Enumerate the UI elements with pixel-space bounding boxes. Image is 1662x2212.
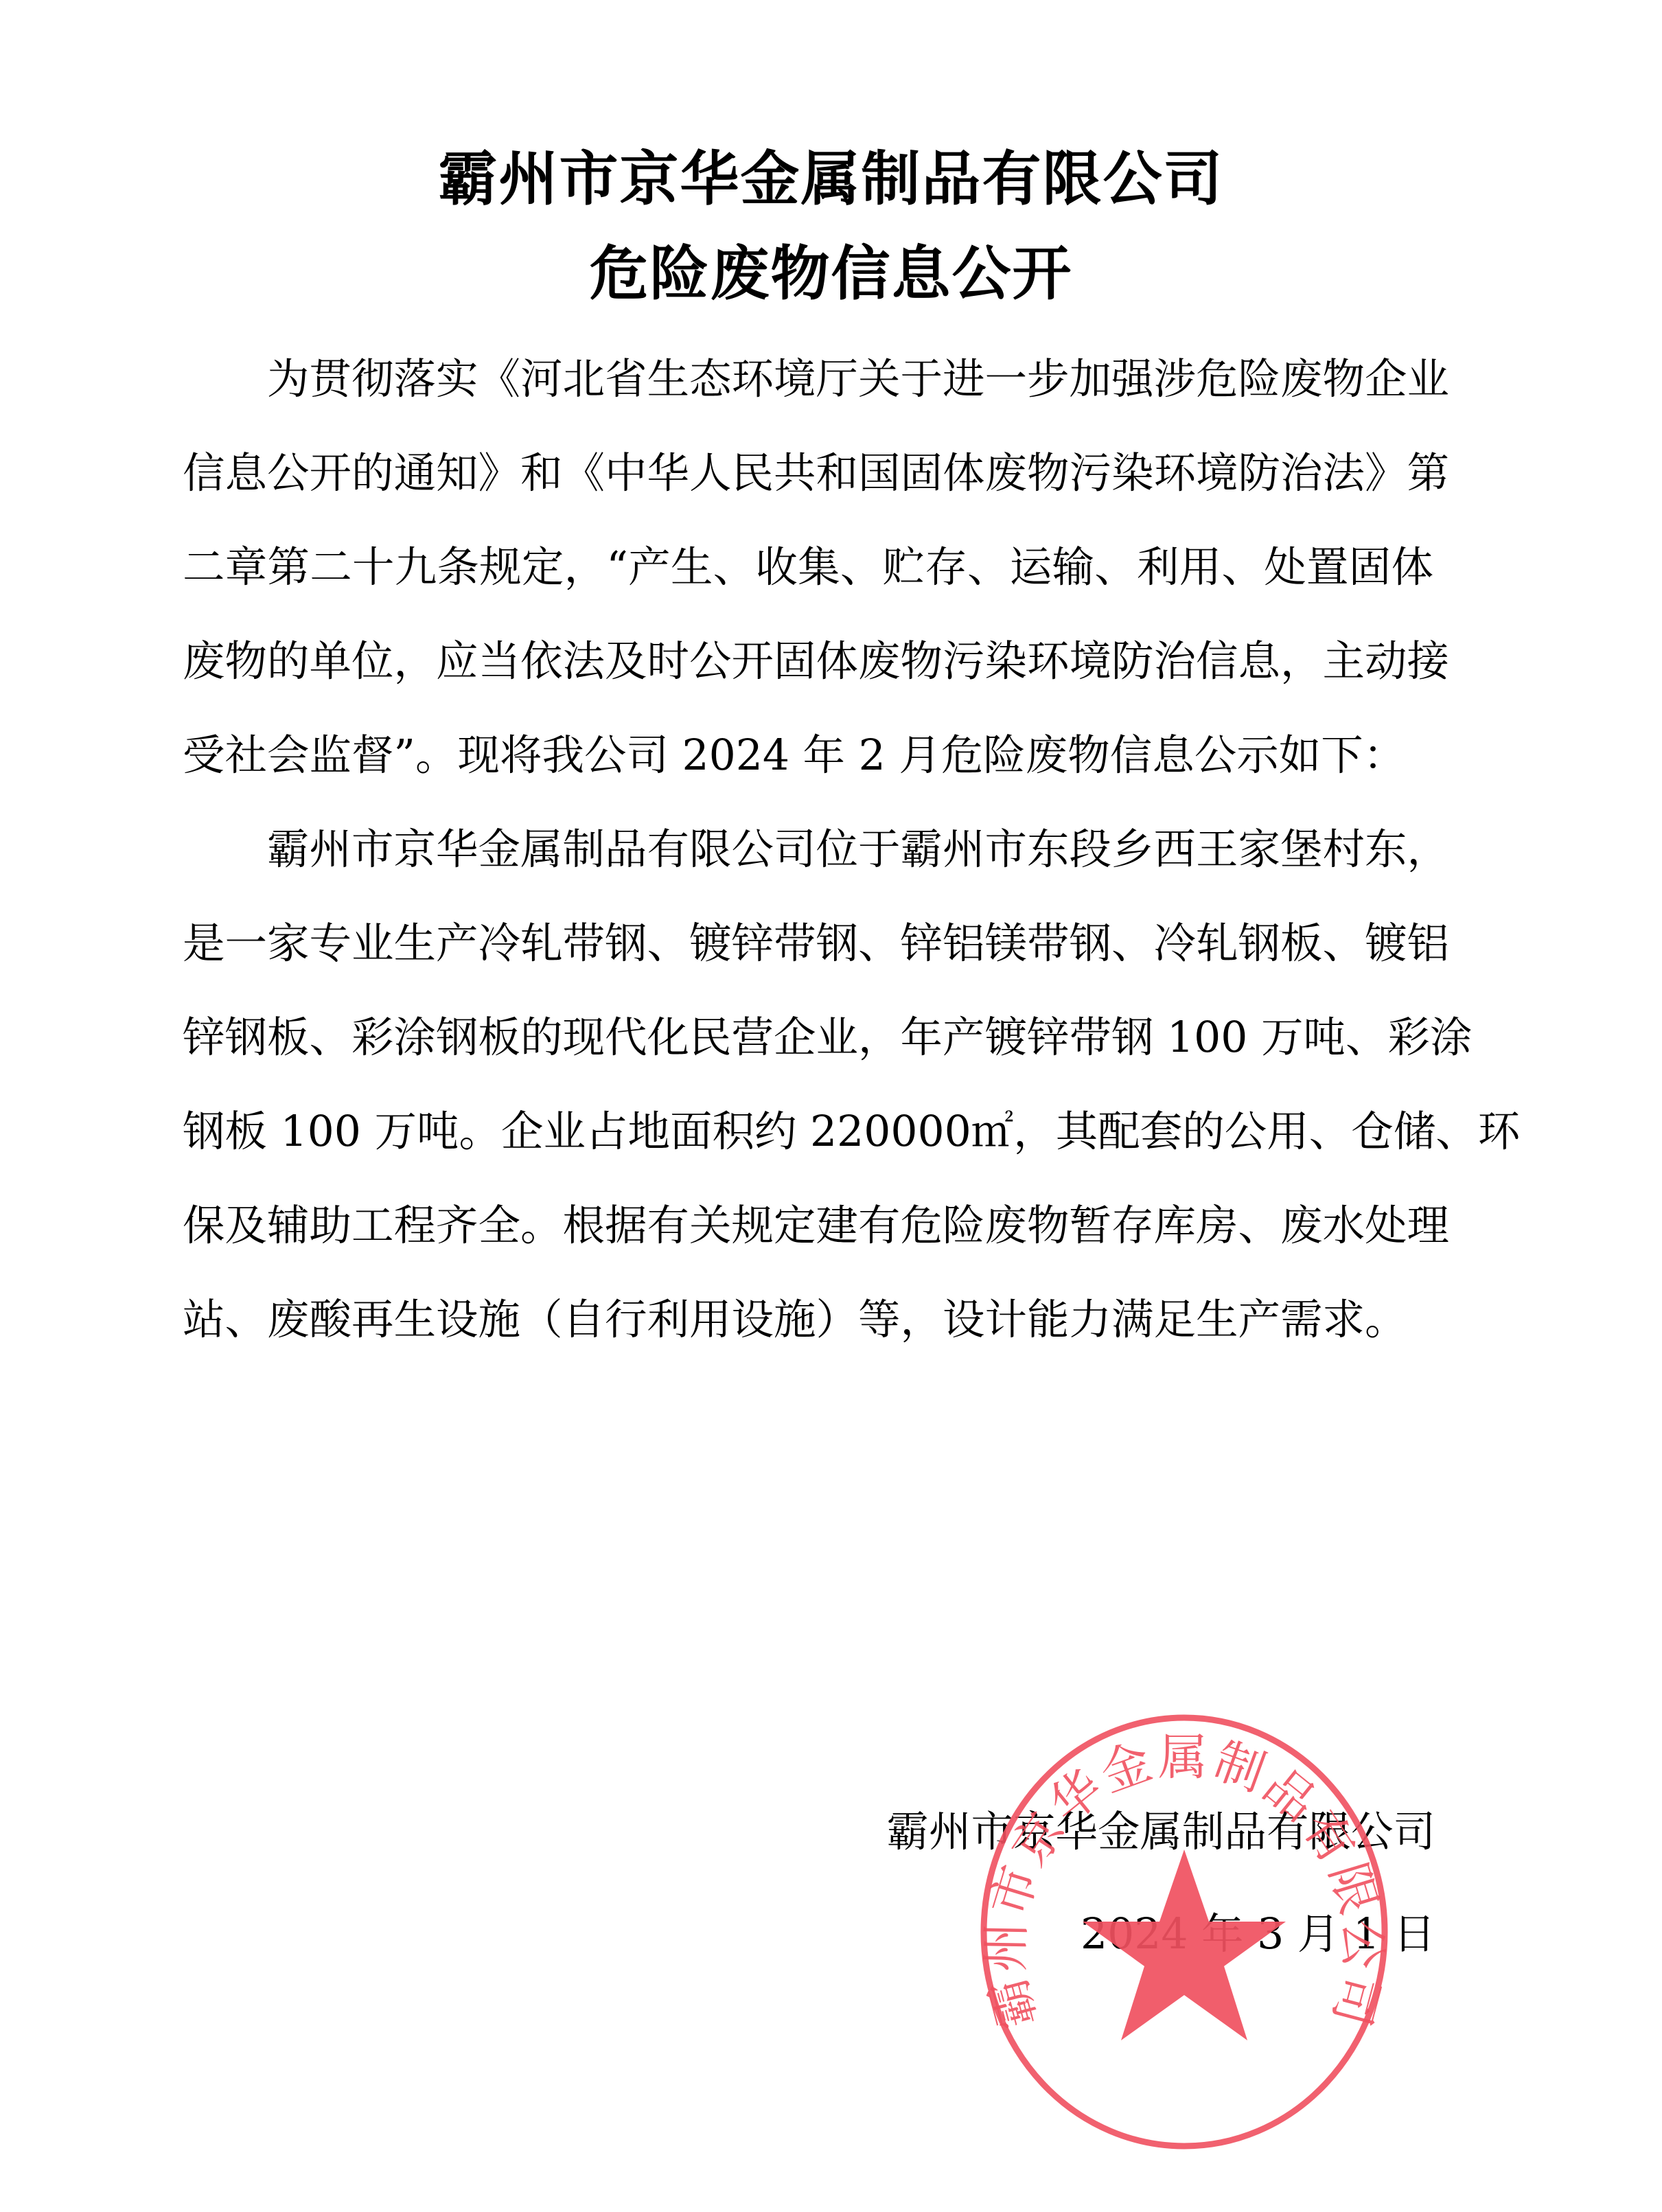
text-line: 是一家专业生产冷轧带钢、镀锌带钢、锌铝镁带钢、冷轧钢板、镀铝 <box>183 897 1433 991</box>
signature-company: 霸州市京华金属制品有限公司 <box>886 1811 1435 1854</box>
text-line: 钢板 100 万吨。企业占地面积约 220000㎡，其配套的公用、仓储、环 <box>183 1085 1433 1179</box>
svg-text:霸州市京华金属制品有限公司: 霸州市京华金属制品有限公司 <box>978 1728 1390 2034</box>
text-line: 受社会监督”。现将我公司 2024 年 2 月危险废物信息公示如下： <box>183 708 1433 803</box>
paragraph-company-profile: 霸州市京华金属制品有限公司位于霸州市东段乡西王家堡村东， 是一家专业生产冷轧带钢… <box>183 803 1433 1367</box>
text-line: 霸州市京华金属制品有限公司位于霸州市东段乡西王家堡村东， <box>183 803 1433 897</box>
text-line: 信息公开的通知》和《中华人民共和国固体废物污染环境防治法》第 <box>183 426 1433 520</box>
seal-text: 霸州市京华金属制品有限公司 <box>978 1728 1390 2034</box>
document-body: 为贯彻落实《河北省生态环境厅关于进一步加强涉危险废物企业 信息公开的通知》和《中… <box>183 332 1433 1367</box>
text-line: 二章第二十九条规定，“产生、收集、贮存、运输、利用、处置固体 <box>183 520 1433 614</box>
text-line: 废物的单位，应当依法及时公开固体废物污染环境防治信息，主动接 <box>183 614 1433 708</box>
text-line: 站、废酸再生设施（自行利用设施）等，设计能力满足生产需求。 <box>183 1273 1433 1367</box>
document-title-subject: 危险废物信息公开 <box>0 244 1662 303</box>
document-title-company: 霸州市京华金属制品有限公司 <box>0 150 1662 209</box>
signature-date: 2024 年 3 月 1 日 <box>1081 1913 1435 1956</box>
text-line: 保及辅助工程齐全。根据有关规定建有危险废物暂存库房、废水处理 <box>183 1179 1433 1273</box>
text-line: 锌钢板、彩涂钢板的现代化民营企业，年产镀锌带钢 100 万吨、彩涂 <box>183 991 1433 1085</box>
paragraph-legal-basis: 为贯彻落实《河北省生态环境厅关于进一步加强涉危险废物企业 信息公开的通知》和《中… <box>183 332 1433 803</box>
text-line: 为贯彻落实《河北省生态环境厅关于进一步加强涉危险废物企业 <box>183 332 1433 426</box>
